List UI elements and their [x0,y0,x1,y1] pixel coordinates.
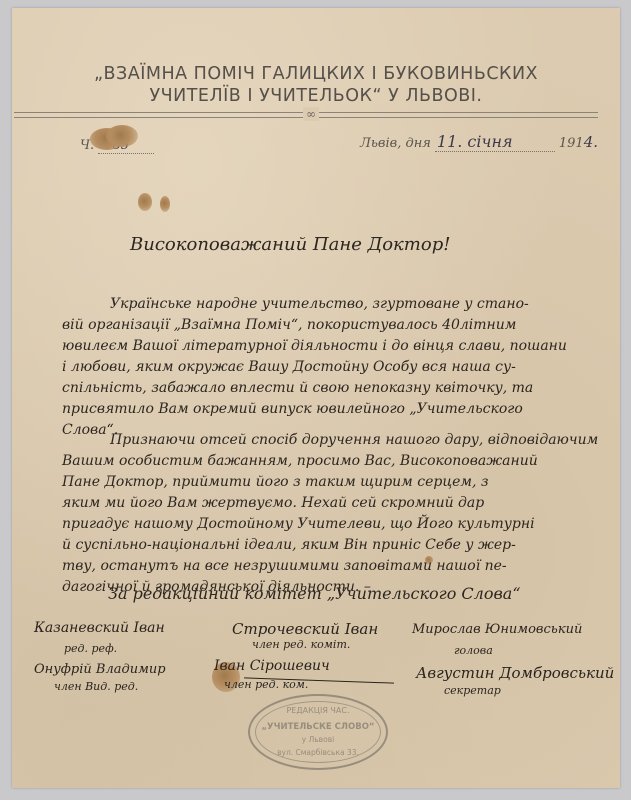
dateline: Львів, дня 11. січня 1914. [360,132,598,152]
signature-role: голова [454,644,493,657]
signature-role: член ред. коміт. [252,638,350,651]
signature-name: Мирослав Юнимовський [412,622,582,637]
letter-sheet: „ВЗАЇМНА ПОМІЧ ГАЛИЦКИХ І БУКОВИНЬСКИХ У… [12,8,620,788]
date-place: Львів, дня [360,136,431,151]
body-line: спільність, забажало вплести й свою непо… [62,380,533,396]
body-line: ювилеєм Вашої літературної діяльности і … [62,338,567,354]
body-line: яким ми його Вам жертвуємо. Нехай сей ск… [62,495,484,511]
date-year-prefix: 191 [559,136,584,151]
date-day-month: 11. січня [435,132,555,152]
divider-ornament-icon: ∞ [303,107,319,121]
signature-name: Онуфрій Владимир [34,662,166,677]
body-line: вій організації „Взаїмна Поміч“, покорис… [62,317,516,333]
body-line: Пане Доктор, приймити його з таким щирим… [62,474,489,490]
stamp-line-3: у Львові [250,735,386,744]
body-line: Вашим особистим бажанням, просимо Вас, В… [62,453,538,469]
editorial-stamp: РЕДАКЦІЯ ЧАС. „УЧИТЕЛЬСКЕ СЛОВО“ у Львов… [248,694,388,770]
signature-role: член Вид. ред. [54,680,138,693]
signature-role: ред. реф. [64,642,117,655]
letterhead-line-2: УЧИТЕЛЇВ І УЧИТЕЛЬОК“ У ЛЬВОВІ. [12,86,620,106]
signature-name: Августин Домбровський [416,664,614,682]
stain-mark [160,196,170,212]
body-line: й суспільно-національні ідеали, яким Він… [62,537,516,553]
body-line: Признаючи отсей спосіб доручення нашого … [110,432,598,448]
stamp-line-1: РЕДАКЦІЯ ЧАС. [250,706,386,715]
body-line: тву, останутъ на все незрушимими заповіт… [62,558,507,574]
stain-mark [138,193,152,211]
closing-line: За редакційний комітет „Учительского Сло… [108,584,521,603]
salutation: Високоповажаний Пане Доктор! [130,234,450,255]
date-year-suffix: 4. [584,133,598,151]
signature-name: Строчевский Іван [232,620,378,638]
body-line: Українське народне учительство, згуртова… [110,296,529,312]
signature-role: секретар [444,684,501,697]
body-line: присвятило Вам окремий випуск ювилейного… [62,401,523,417]
body-line: пригадує нашому Достойному Учителеви, що… [62,516,535,532]
body-line: і любови, яким окружає Вашу Достойну Осо… [62,359,516,375]
stamp-line-2: „УЧИТЕЛЬСКЕ СЛОВО“ [250,722,386,732]
stamp-line-4: вул. Смарбівська 33. [250,748,386,757]
signature-name: Казаневский Іван [34,620,165,636]
letterhead-line-1: „ВЗАЇМНА ПОМІЧ ГАЛИЦКИХ І БУКОВИНЬСКИХ [12,64,620,84]
stain-mark [106,125,138,147]
signature-name: Іван Сірошевич [214,658,330,674]
